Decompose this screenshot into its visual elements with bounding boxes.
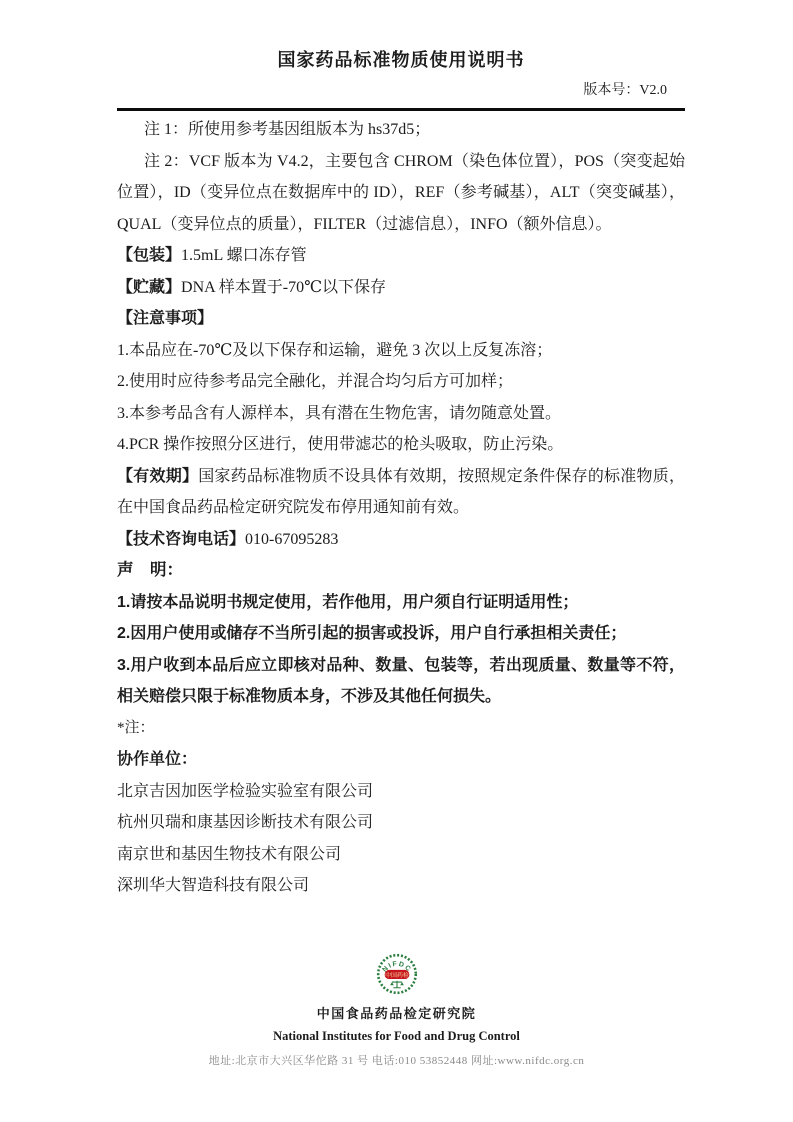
storage-label: 【贮藏】 <box>117 279 181 296</box>
entry-packaging: 【包装】1.5mL 螺口冻存管 <box>117 240 685 272</box>
collaborator-item-4: 深圳华大智造科技有限公司 <box>117 870 685 902</box>
statement-heading: 声 明： <box>117 555 685 587</box>
logo-badge-text: 中国药检 <box>385 971 409 979</box>
contact-line: 地址:北京市大兴区华佗路 31 号 电话:010 53852448 网址:www… <box>0 1052 793 1068</box>
logo-container: NIFDC 中国药检 <box>0 952 793 998</box>
statement-item-3: 3.用户收到本品后应立即核对品种、数量、包装等，若出现质量、数量等不符，相关赔偿… <box>117 650 685 713</box>
org-name-cn: 中国食品药品检定研究院 <box>0 1003 793 1022</box>
packaging-label: 【包装】 <box>117 247 181 264</box>
nifdc-logo-icon: NIFDC 中国药检 <box>375 952 419 996</box>
storage-text: DNA 样本置于-70℃以下保存 <box>181 279 386 296</box>
precaution-item-3: 3.本参考品含有人源样本，具有潜在生物危害，请勿随意处置。 <box>117 398 685 430</box>
collaborator-item-1: 北京吉因加医学检验实验室有限公司 <box>117 776 685 808</box>
logo-scales-glyph <box>390 981 404 988</box>
precautions-heading: 【注意事项】 <box>117 303 685 335</box>
document-body: 注 1：所使用参考基因组版本为 hs37d5； 注 2：VCF 版本为 V4.2… <box>117 111 685 902</box>
statement-item-2: 2.因用户使用或储存不当所引起的损害或投诉，用户自行承担相关责任； <box>117 618 685 650</box>
page-title: 国家药品标准物质使用说明书 <box>117 0 685 74</box>
collaborators-heading: 协作单位： <box>117 744 685 776</box>
precaution-item-1: 1.本品应在-70℃及以下保存和运输，避免 3 次以上反复冻溶； <box>117 335 685 367</box>
note-2: 注 2：VCF 版本为 V4.2，主要包含 CHROM（染色体位置），POS（突… <box>117 146 685 241</box>
precaution-item-2: 2.使用时应待参考品完全融化，并混合均匀后方可加样； <box>117 366 685 398</box>
entry-phone: 【技术咨询电话】010-67095283 <box>117 524 685 556</box>
version-label: 版本号：V2.0 <box>117 83 685 99</box>
validity-text: 国家药品标准物质不设具体有效期，按照规定条件保存的标准物质，在中国食品药品检定研… <box>117 468 685 517</box>
precaution-item-4: 4.PCR 操作按照分区进行，使用带滤芯的枪头吸取，防止污染。 <box>117 429 685 461</box>
note-1: 注 1：所使用参考基因组版本为 hs37d5； <box>117 114 685 146</box>
phone-number: 010-67095283 <box>245 531 338 548</box>
org-name-en: National Institutes for Food and Drug Co… <box>0 1029 793 1044</box>
phone-label: 【技术咨询电话】 <box>117 531 245 548</box>
document-footer: NIFDC 中国药检 中国食品药品检定研究院 National Institut… <box>0 952 793 1068</box>
collaborator-item-2: 杭州贝瑞和康基因诊断技术有限公司 <box>117 807 685 839</box>
statement-item-1: 1.请按本品说明书规定使用，若作他用，用户须自行证明适用性； <box>117 587 685 619</box>
validity-label: 【有效期】 <box>117 468 198 485</box>
entry-validity: 【有效期】国家药品标准物质不设具体有效期，按照规定条件保存的标准物质，在中国食品… <box>117 461 685 524</box>
collaborator-item-3: 南京世和基因生物技术有限公司 <box>117 839 685 871</box>
packaging-text: 1.5mL 螺口冻存管 <box>181 247 307 264</box>
footnote: *注： <box>117 713 685 745</box>
document-page: 国家药品标准物质使用说明书 版本号：V2.0 注 1：所使用参考基因组版本为 h… <box>0 0 793 1122</box>
entry-storage: 【贮藏】DNA 样本置于-70℃以下保存 <box>117 272 685 304</box>
